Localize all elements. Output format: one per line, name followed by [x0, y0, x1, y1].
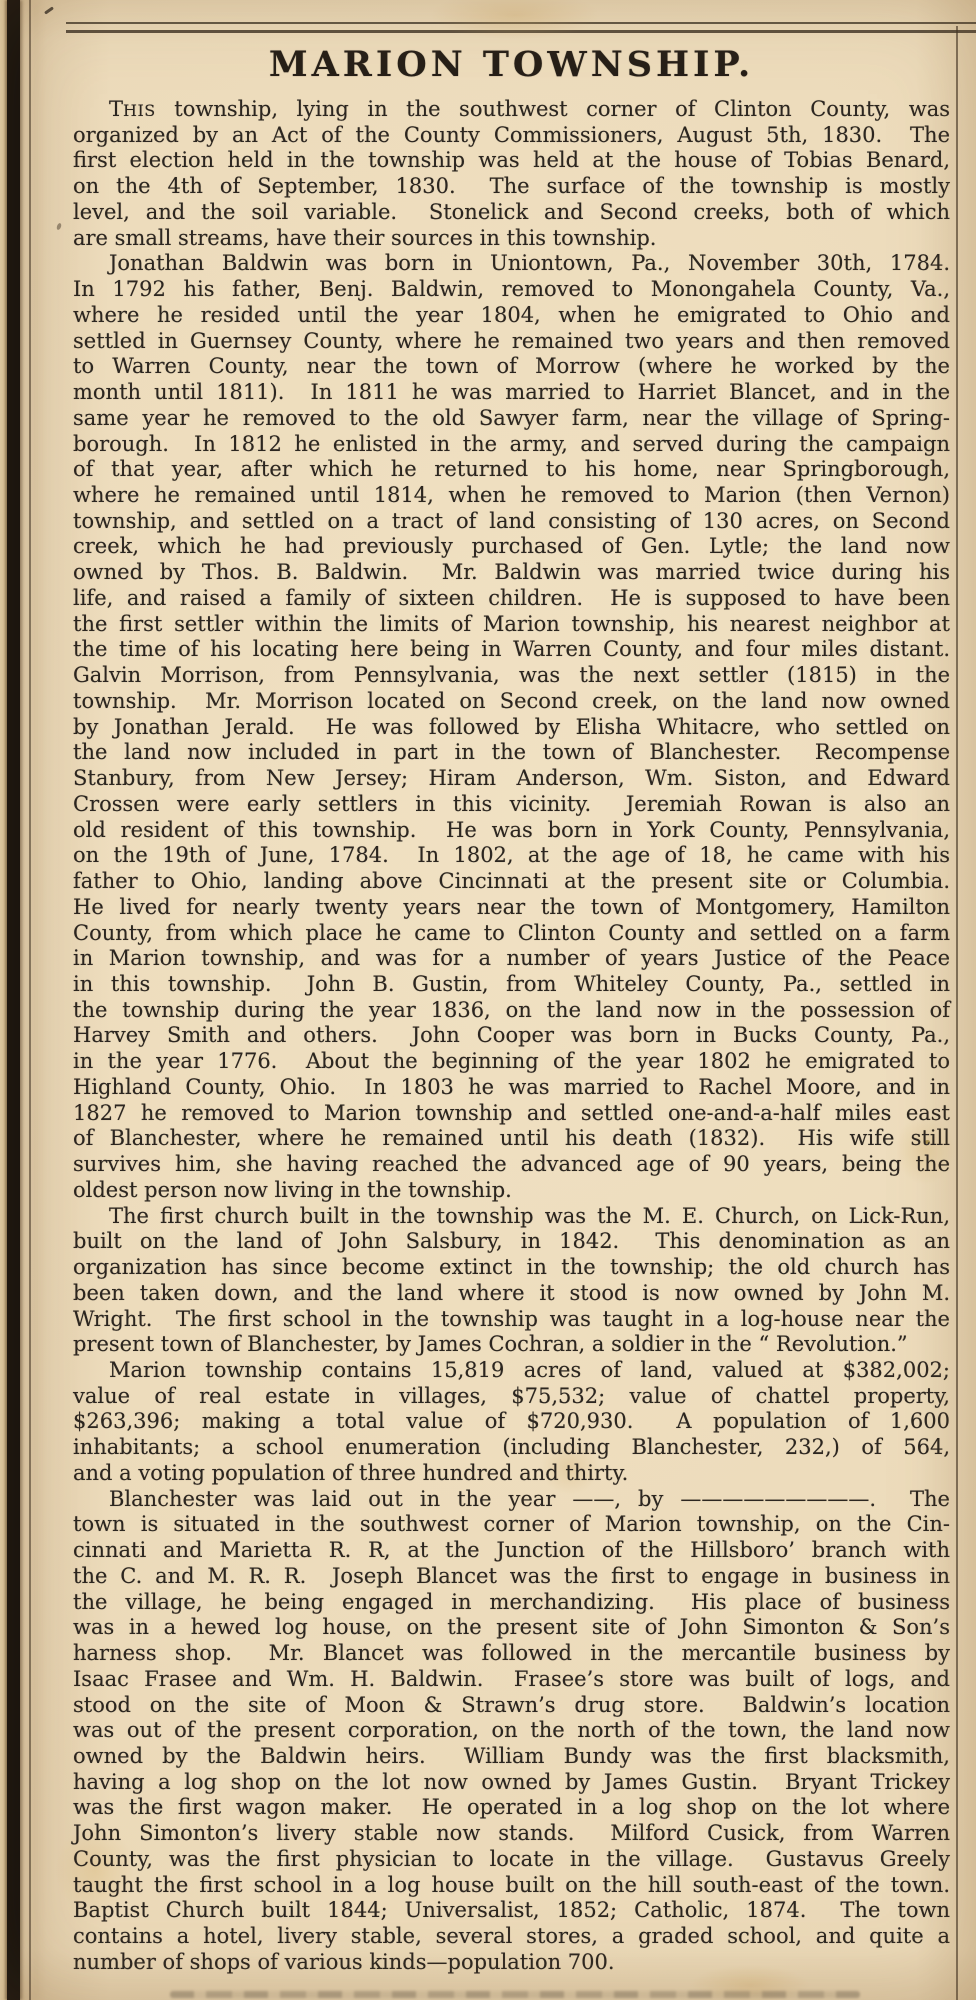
text-line: was out of the present corporation, on t…: [73, 1718, 950, 1744]
text-line: creek, which he had previously purchased…: [73, 534, 950, 560]
text-line: County, from which place he came to Clin…: [73, 921, 950, 947]
text-line: month until 1811). In 1811 he was marrie…: [73, 380, 950, 406]
text-line: are small streams, have their sources in…: [73, 226, 950, 252]
text-line: number of shops of various kinds—populat…: [73, 1950, 950, 1976]
text-line: THIS township, lying in the southwest co…: [73, 97, 950, 123]
text-line: been taken down, and the land where it s…: [73, 1281, 950, 1307]
text-line: where he resided until the year 1804, wh…: [73, 303, 950, 329]
text-line: and a voting population of three hundred…: [73, 1461, 950, 1487]
page-title: MARION TOWNSHIP.: [73, 44, 950, 85]
text-line: County, was the first physician to locat…: [73, 1847, 950, 1873]
text-line: level, and the soil variable. Stonelick …: [73, 200, 950, 226]
text-line: the township during the year 1836, on th…: [73, 998, 950, 1024]
ink-mark: [44, 6, 54, 14]
text-line: oldest person now living in the township…: [73, 1178, 950, 1204]
text-line: old resident of this township. He was bo…: [73, 818, 950, 844]
text-line: first election held in the township was …: [73, 148, 950, 174]
text-line: organization has since become extinct in…: [73, 1255, 950, 1281]
text-line: value of real estate in villages, $75,53…: [73, 1384, 950, 1410]
text-line: on the 4th of September, 1830. The surfa…: [73, 174, 950, 200]
text-line: taught the first school in a log house b…: [73, 1873, 950, 1899]
text-line: the time of his locating here being in W…: [73, 637, 950, 663]
text-line: borough. In 1812 he enlisted in the army…: [73, 432, 950, 458]
text-line: on the 19th of June, 1784. In 1802, at t…: [73, 843, 950, 869]
text-line: the village, he being engaged in merchan…: [73, 1590, 950, 1616]
text-line: where he remained until 1814, when he re…: [73, 483, 950, 509]
text-line: built on the land of John Salsbury, in 1…: [73, 1229, 950, 1255]
paper-stain: [430, 0, 600, 40]
text-line: by Jonathan Jerald. He was followed by E…: [73, 715, 950, 741]
text-line: in this township. John B. Gustin, from W…: [73, 972, 950, 998]
header-double-rule: [66, 22, 976, 33]
text-line: Blanchester was laid out in the year ——,…: [73, 1487, 950, 1513]
text-line: harness shop. Mr. Blancet was followed i…: [73, 1641, 950, 1667]
text-line: inhabitants; a school enumeration (inclu…: [73, 1435, 950, 1461]
text-line: Harvey Smith and others. John Cooper was…: [73, 1023, 950, 1049]
text-line: father to Ohio, landing above Cincinnati…: [73, 869, 950, 895]
text-line: Stanbury, from New Jersey; Hiram Anderso…: [73, 766, 950, 792]
text-line: Galvin Morrison, from Pennsylvania, was …: [73, 663, 950, 689]
page-right-edge-line: [956, 26, 958, 2000]
text-line: of Blanchester, where he remained until …: [73, 1126, 950, 1152]
text-line: to Warren County, near the town of Morro…: [73, 354, 950, 380]
text-line: 1827 he removed to Marion township and s…: [73, 1101, 950, 1127]
text-line: the first settler within the limits of M…: [73, 612, 950, 638]
text-line: life, and raised a family of sixteen chi…: [73, 586, 950, 612]
text-line: present town of Blanchester, by James Co…: [73, 1332, 950, 1358]
text-line: Crossen were early settlers in this vici…: [73, 792, 950, 818]
text-line: owned by the Baldwin heirs. William Bund…: [73, 1744, 950, 1770]
text-line: in Marion township, and was for a number…: [73, 946, 950, 972]
text-line: was in a hewed log house, on the present…: [73, 1615, 950, 1641]
text-line: In 1792 his father, Benj. Baldwin, remov…: [73, 277, 950, 303]
text-line: He lived for nearly twenty years near th…: [73, 895, 950, 921]
text-line: Wright. The first school in the township…: [73, 1307, 950, 1333]
binding-bar: [7, 0, 20, 2000]
text-line: Jonathan Baldwin was born in Uniontown, …: [73, 251, 950, 277]
text-line: organized by an Act of the County Commis…: [73, 123, 950, 149]
text-line: settled in Guernsey County, where he rem…: [73, 329, 950, 355]
text-line: survives him, she having reached the adv…: [73, 1152, 950, 1178]
text-line: town is situated in the southwest corner…: [73, 1512, 950, 1538]
text-line: The first church built in the township w…: [73, 1204, 950, 1230]
scanned-page: MARION TOWNSHIP. THIS township, lying in…: [0, 0, 976, 2000]
text-line: $263,396; making a total value of $720,9…: [73, 1409, 950, 1435]
text-line: was the first wagon maker. He operated i…: [73, 1795, 950, 1821]
text-line: Isaac Frasee and Wm. H. Baldwin. Frasee’…: [73, 1667, 950, 1693]
article-body: THIS township, lying in the southwest co…: [73, 97, 950, 1976]
text-line: cinnati and Marietta R. R, at the Juncti…: [73, 1538, 950, 1564]
text-line: contains a hotel, livery stable, several…: [73, 1924, 950, 1950]
text-line: of that year, after which he returned to…: [73, 457, 950, 483]
next-section-bleed: [170, 1991, 860, 1998]
lead-small-caps: HIS: [123, 101, 156, 120]
paper-speck: [56, 223, 62, 231]
text-line: township, and settled on a tract of land…: [73, 509, 950, 535]
text-line: Baptist Church built 1844; Universalist,…: [73, 1898, 950, 1924]
text-line: John Simonton’s livery stable now stands…: [73, 1821, 950, 1847]
text-line: having a log shop on the lot now owned b…: [73, 1770, 950, 1796]
text-line: township. Mr. Morrison located on Second…: [73, 689, 950, 715]
text-line: stood on the site of Moon & Strawn’s dru…: [73, 1693, 950, 1719]
text-line: the C. and M. R. R. Joseph Blancet was t…: [73, 1564, 950, 1590]
text-line: Highland County, Ohio. In 1803 he was ma…: [73, 1075, 950, 1101]
lead-capital: T: [109, 97, 123, 121]
text-line: owned by Thos. B. Baldwin. Mr. Baldwin w…: [73, 560, 950, 586]
text-line: the land now included in part in the tow…: [73, 740, 950, 766]
text-line: Marion township contains 15,819 acres of…: [73, 1358, 950, 1384]
text-line: in the year 1776. About the beginning of…: [73, 1049, 950, 1075]
page-fold-line: [29, 0, 31, 2000]
text-line: same year he removed to the old Sawyer f…: [73, 406, 950, 432]
page-gutter-edge: [0, 0, 7, 2000]
